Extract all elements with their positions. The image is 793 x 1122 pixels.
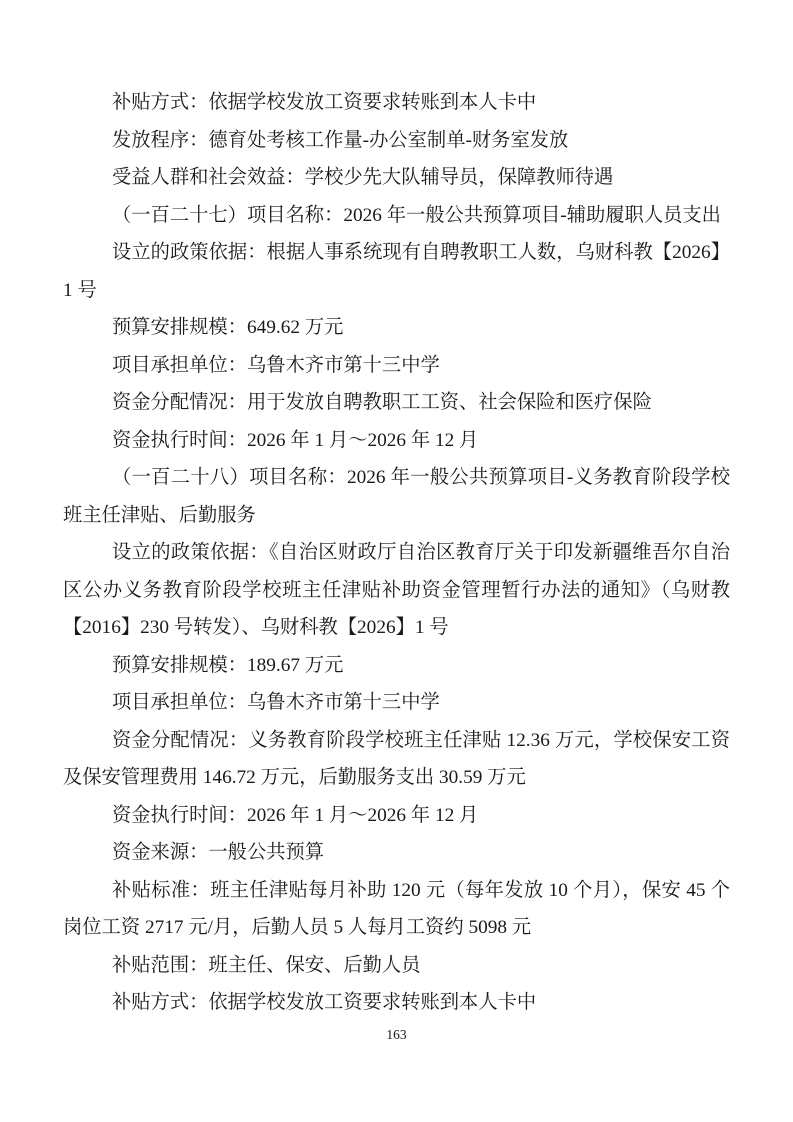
- line-project-127-budget-scale: 预算安排规模：649.62 万元: [63, 309, 730, 347]
- line-project-127-execution-time: 资金执行时间：2026 年 1 月～2026 年 12 月: [63, 422, 730, 460]
- line-project-128-title: （一百二十八）项目名称：2026 年一般公共预算项目-义务教育阶段学校: [63, 459, 730, 497]
- line-project-128-subsidy-scope: 补贴范围：班主任、保安、后勤人员: [63, 947, 730, 985]
- line-project-128-policy-basis: 设立的政策依据：《自治区财政厅自治区教育厅关于印发新疆维吾尔自治: [63, 534, 730, 572]
- line-beneficiaries-social-benefit: 受益人群和社会效益：学校少先大队辅导员，保障教师待遇: [63, 159, 730, 197]
- line-project-127-title: （一百二十七）项目名称：2026 年一般公共预算项目-辅助履职人员支出: [63, 197, 730, 235]
- line-project-128-budget-scale: 预算安排规模：189.67 万元: [63, 647, 730, 685]
- line-project-128-fund-allocation-cont: 及保安管理费用 146.72 万元，后勤服务支出 30.59 万元: [63, 759, 730, 797]
- line-project-128-policy-basis-cont-1: 区公办义务教育阶段学校班主任津贴补助资金管理暂行办法的通知》（乌财教: [63, 572, 730, 610]
- line-project-128-subsidy-standard-cont: 岗位工资 2717 元/月，后勤人员 5 人每月工资约 5098 元: [63, 909, 730, 947]
- line-project-128-fund-source: 资金来源：一般公共预算: [63, 834, 730, 872]
- line-distribution-procedure: 发放程序：德育处考核工作量-办公室制单-财务室发放: [63, 122, 730, 160]
- line-project-128-policy-basis-cont-2: 【2016】230 号转发）、乌财科教【2026】1 号: [63, 609, 730, 647]
- line-project-128-title-cont: 班主任津贴、后勤服务: [63, 497, 730, 535]
- line-subsidy-method: 补贴方式：依据学校发放工资要求转账到本人卡中: [63, 84, 730, 122]
- line-project-127-fund-allocation: 资金分配情况：用于发放自聘教职工工资、社会保险和医疗保险: [63, 384, 730, 422]
- page-number: 163: [0, 1026, 793, 1044]
- line-project-128-subsidy-method: 补贴方式：依据学校发放工资要求转账到本人卡中: [63, 984, 730, 1022]
- line-project-128-fund-allocation: 资金分配情况：义务教育阶段学校班主任津贴 12.36 万元，学校保安工资: [63, 722, 730, 760]
- line-project-127-undertaking-unit: 项目承担单位：乌鲁木齐市第十三中学: [63, 347, 730, 385]
- line-project-128-undertaking-unit: 项目承担单位：乌鲁木齐市第十三中学: [63, 684, 730, 722]
- line-project-128-subsidy-standard: 补贴标准：班主任津贴每月补助 120 元（每年发放 10 个月），保安 45 个: [63, 872, 730, 910]
- line-project-127-policy-basis-cont: 1 号: [63, 272, 730, 310]
- page-body-text: 补贴方式：依据学校发放工资要求转账到本人卡中 发放程序：德育处考核工作量-办公室…: [63, 84, 730, 1022]
- line-project-127-policy-basis: 设立的政策依据：根据人事系统现有自聘教职工人数，乌财科教【2026】: [63, 234, 730, 272]
- line-project-128-execution-time: 资金执行时间：2026 年 1 月～2026 年 12 月: [63, 797, 730, 835]
- document-page: 补贴方式：依据学校发放工资要求转账到本人卡中 发放程序：德育处考核工作量-办公室…: [0, 0, 793, 1122]
